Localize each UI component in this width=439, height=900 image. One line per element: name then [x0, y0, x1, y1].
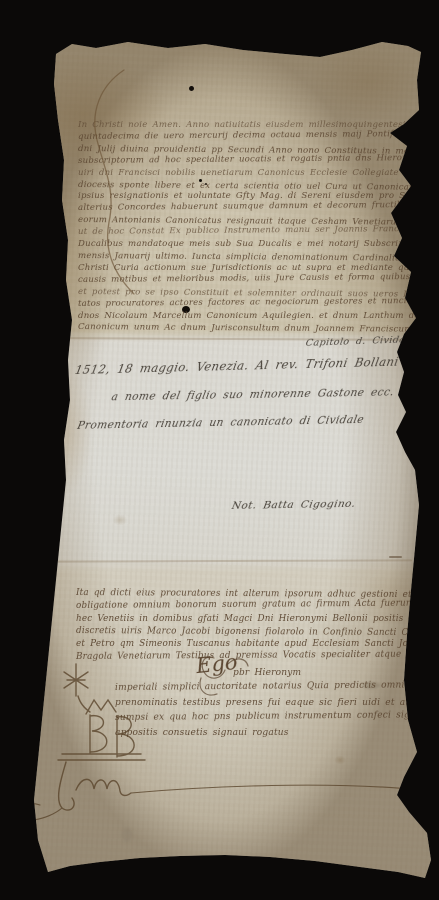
manuscript-line: appositis consuetis signaui rogatus: [115, 726, 420, 741]
manuscript-line: uiri dni Francisci nobilis uenetiarum Ca…: [78, 168, 418, 180]
manuscript-line: sumpsi ex qua hoc pns publicum instrumen…: [115, 708, 420, 726]
photograph-background: In Christi noie Amen. Anno natiuitatis e…: [0, 0, 439, 900]
manuscript-line: Ducalibus mandatoque meis sub Sua Ducali…: [78, 239, 418, 251]
manuscript-line: obligatione omnium bonorum suorum gratum…: [76, 597, 420, 612]
manuscript-line: hec Venetiis in domibus gfati Magci Dni …: [76, 613, 420, 626]
manuscript-line: tatos procuratores actores factores ac n…: [78, 296, 418, 311]
archival-note-heading: Capitolo d. Cividale.: [305, 334, 419, 349]
manuscript-line: ut de hoc Constat Ex publico Instrumento…: [78, 224, 418, 239]
notary-star-icon: [64, 664, 88, 696]
manuscript-line: Canonicum unum Ac dnum Jurisconsultum dn…: [78, 322, 418, 337]
latin-text-block-top: In Christi noie Amen. Anno natiuitatis e…: [78, 120, 418, 334]
manuscript-line: subscriptorum ad hoc specialiter uocatis…: [78, 153, 418, 168]
parchment-sheet: In Christi noie Amen. Anno natiuitatis e…: [0, 0, 439, 900]
manuscript-line: quintadecima die uero mercurij decima oc…: [78, 129, 418, 144]
archival-note-signature: Not. Batta Cigogino.: [231, 498, 357, 512]
parchment-hole: [189, 86, 194, 91]
archival-note-line: a nome del figlio suo minorenne Gastone …: [110, 387, 395, 404]
pen-dash: [389, 556, 402, 558]
archival-note-line: Promentoria rinunzia un canonicato di Ci…: [76, 414, 365, 432]
latin-text-block-notary: pbr Hieronymus qm Nicolai de Callio Cler…: [115, 666, 420, 741]
manuscript-line: imperiali simplici auctoritate notarius …: [115, 678, 420, 696]
latin-text-block-closing: Ita qd dicti eius procuratores int alter…: [76, 587, 420, 664]
archival-note-line: 1512, 18 maggio. Venezia. Al rev. Trifon…: [74, 355, 400, 377]
paper-slip-bottom-seam: [54, 559, 412, 562]
manuscript-line: alterius Concordes habuerunt suumque dam…: [78, 200, 418, 215]
manuscript-line: causis motibus et melioribus modis, uiis…: [78, 272, 418, 287]
manuscript-line: dnos Nicolaum Marcellum Canonicum Aquile…: [78, 311, 418, 323]
smudge-mark: [122, 828, 132, 842]
manuscript-line: Bragola Venetiarum Testibus ad premissa …: [76, 649, 420, 664]
